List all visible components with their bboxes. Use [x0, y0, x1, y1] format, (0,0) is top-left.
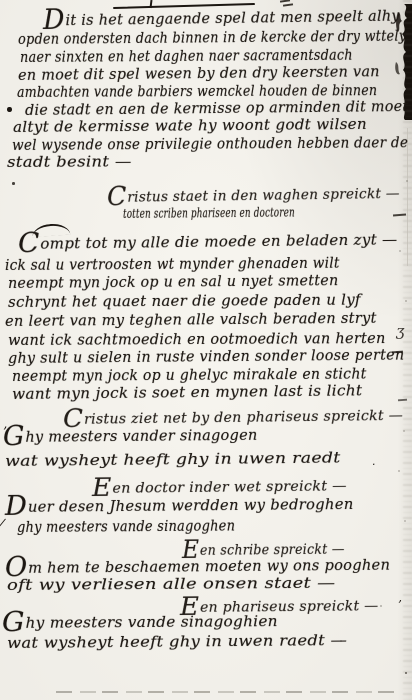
speaker-heading: totten scriben phariseen en doctoren: [123, 207, 295, 222]
speaker-heading: Een phariseus spreickt —: [180, 598, 379, 615]
bottom-scan-line: [56, 691, 402, 693]
margin-quote-mark: ’: [398, 598, 402, 612]
ink-dot: [12, 182, 15, 185]
manuscript-scan: ’ / ʒ ’ · Dit is het aengaende spel dat …: [0, 0, 412, 700]
manuscript-line: neempt myn jock op u ghelyc mirakale en …: [12, 368, 367, 386]
manuscript-line: Om hem te beschaemen moeten wy ons poogh…: [5, 558, 390, 577]
manuscript-line: Compt tot my alle die moede en beladen z…: [18, 232, 398, 253]
manuscript-line: oft wy verliesen alle onsen staet —: [7, 577, 336, 595]
speaker-heading: Een doctor inder wet spreickt —: [92, 478, 347, 496]
manuscript-line: ick sal u vertroosten wt mynder ghenaden…: [5, 257, 340, 275]
speaker-heading: Cristus staet in den waghen spreickt —: [107, 186, 400, 206]
margin-dot-mark: ·: [372, 458, 376, 471]
margin-squiggle-mark: ʒ: [396, 322, 404, 340]
speaker-heading: Cristus ziet net by den phariseus spreic…: [63, 408, 403, 427]
manuscript-line: want ick sachtmoedich en ootmoedich van …: [8, 332, 386, 349]
manuscript-line: ghy meesters vande sinagoghen: [17, 519, 235, 536]
manuscript-line: en leert van my teghen alle valsch berad…: [5, 312, 377, 330]
manuscript-line: Ghy meesters vande sinagoghien: [2, 614, 278, 632]
manuscript-line: ghy sult u sielen in ruste vinden sonder…: [8, 349, 405, 368]
manuscript-line: wat wysheyt heeft ghy in uwen raedt —: [7, 634, 347, 652]
manuscript-line: schrynt het quaet naer die goede paden u…: [8, 294, 361, 312]
manuscript-line: Dit is het aengaende spel dat men speelt…: [43, 7, 400, 29]
manuscript-line: wat wysheyt heeft ghy in uwen raedt: [5, 451, 341, 470]
manuscript-line: stadt besint —: [7, 154, 132, 170]
top-corner-dash: [283, 3, 293, 6]
manuscript-line: want myn jock is soet en mynen last is l…: [12, 384, 362, 403]
manuscript-line: wel wysende onse privilegie onthouden he…: [12, 135, 408, 154]
top-corner-dash: [280, 0, 290, 2]
manuscript-line: Duer desen Jhesum werdden wy bedroghen: [5, 497, 354, 516]
manuscript-line: neempt myn jock op u en sal u nyet smett…: [8, 274, 339, 292]
speaker-heading: Een schribe spreickt —: [182, 542, 345, 559]
bullet-marker: [7, 107, 12, 112]
manuscript-line: Ghy meesters vander sinagogen: [3, 428, 258, 446]
